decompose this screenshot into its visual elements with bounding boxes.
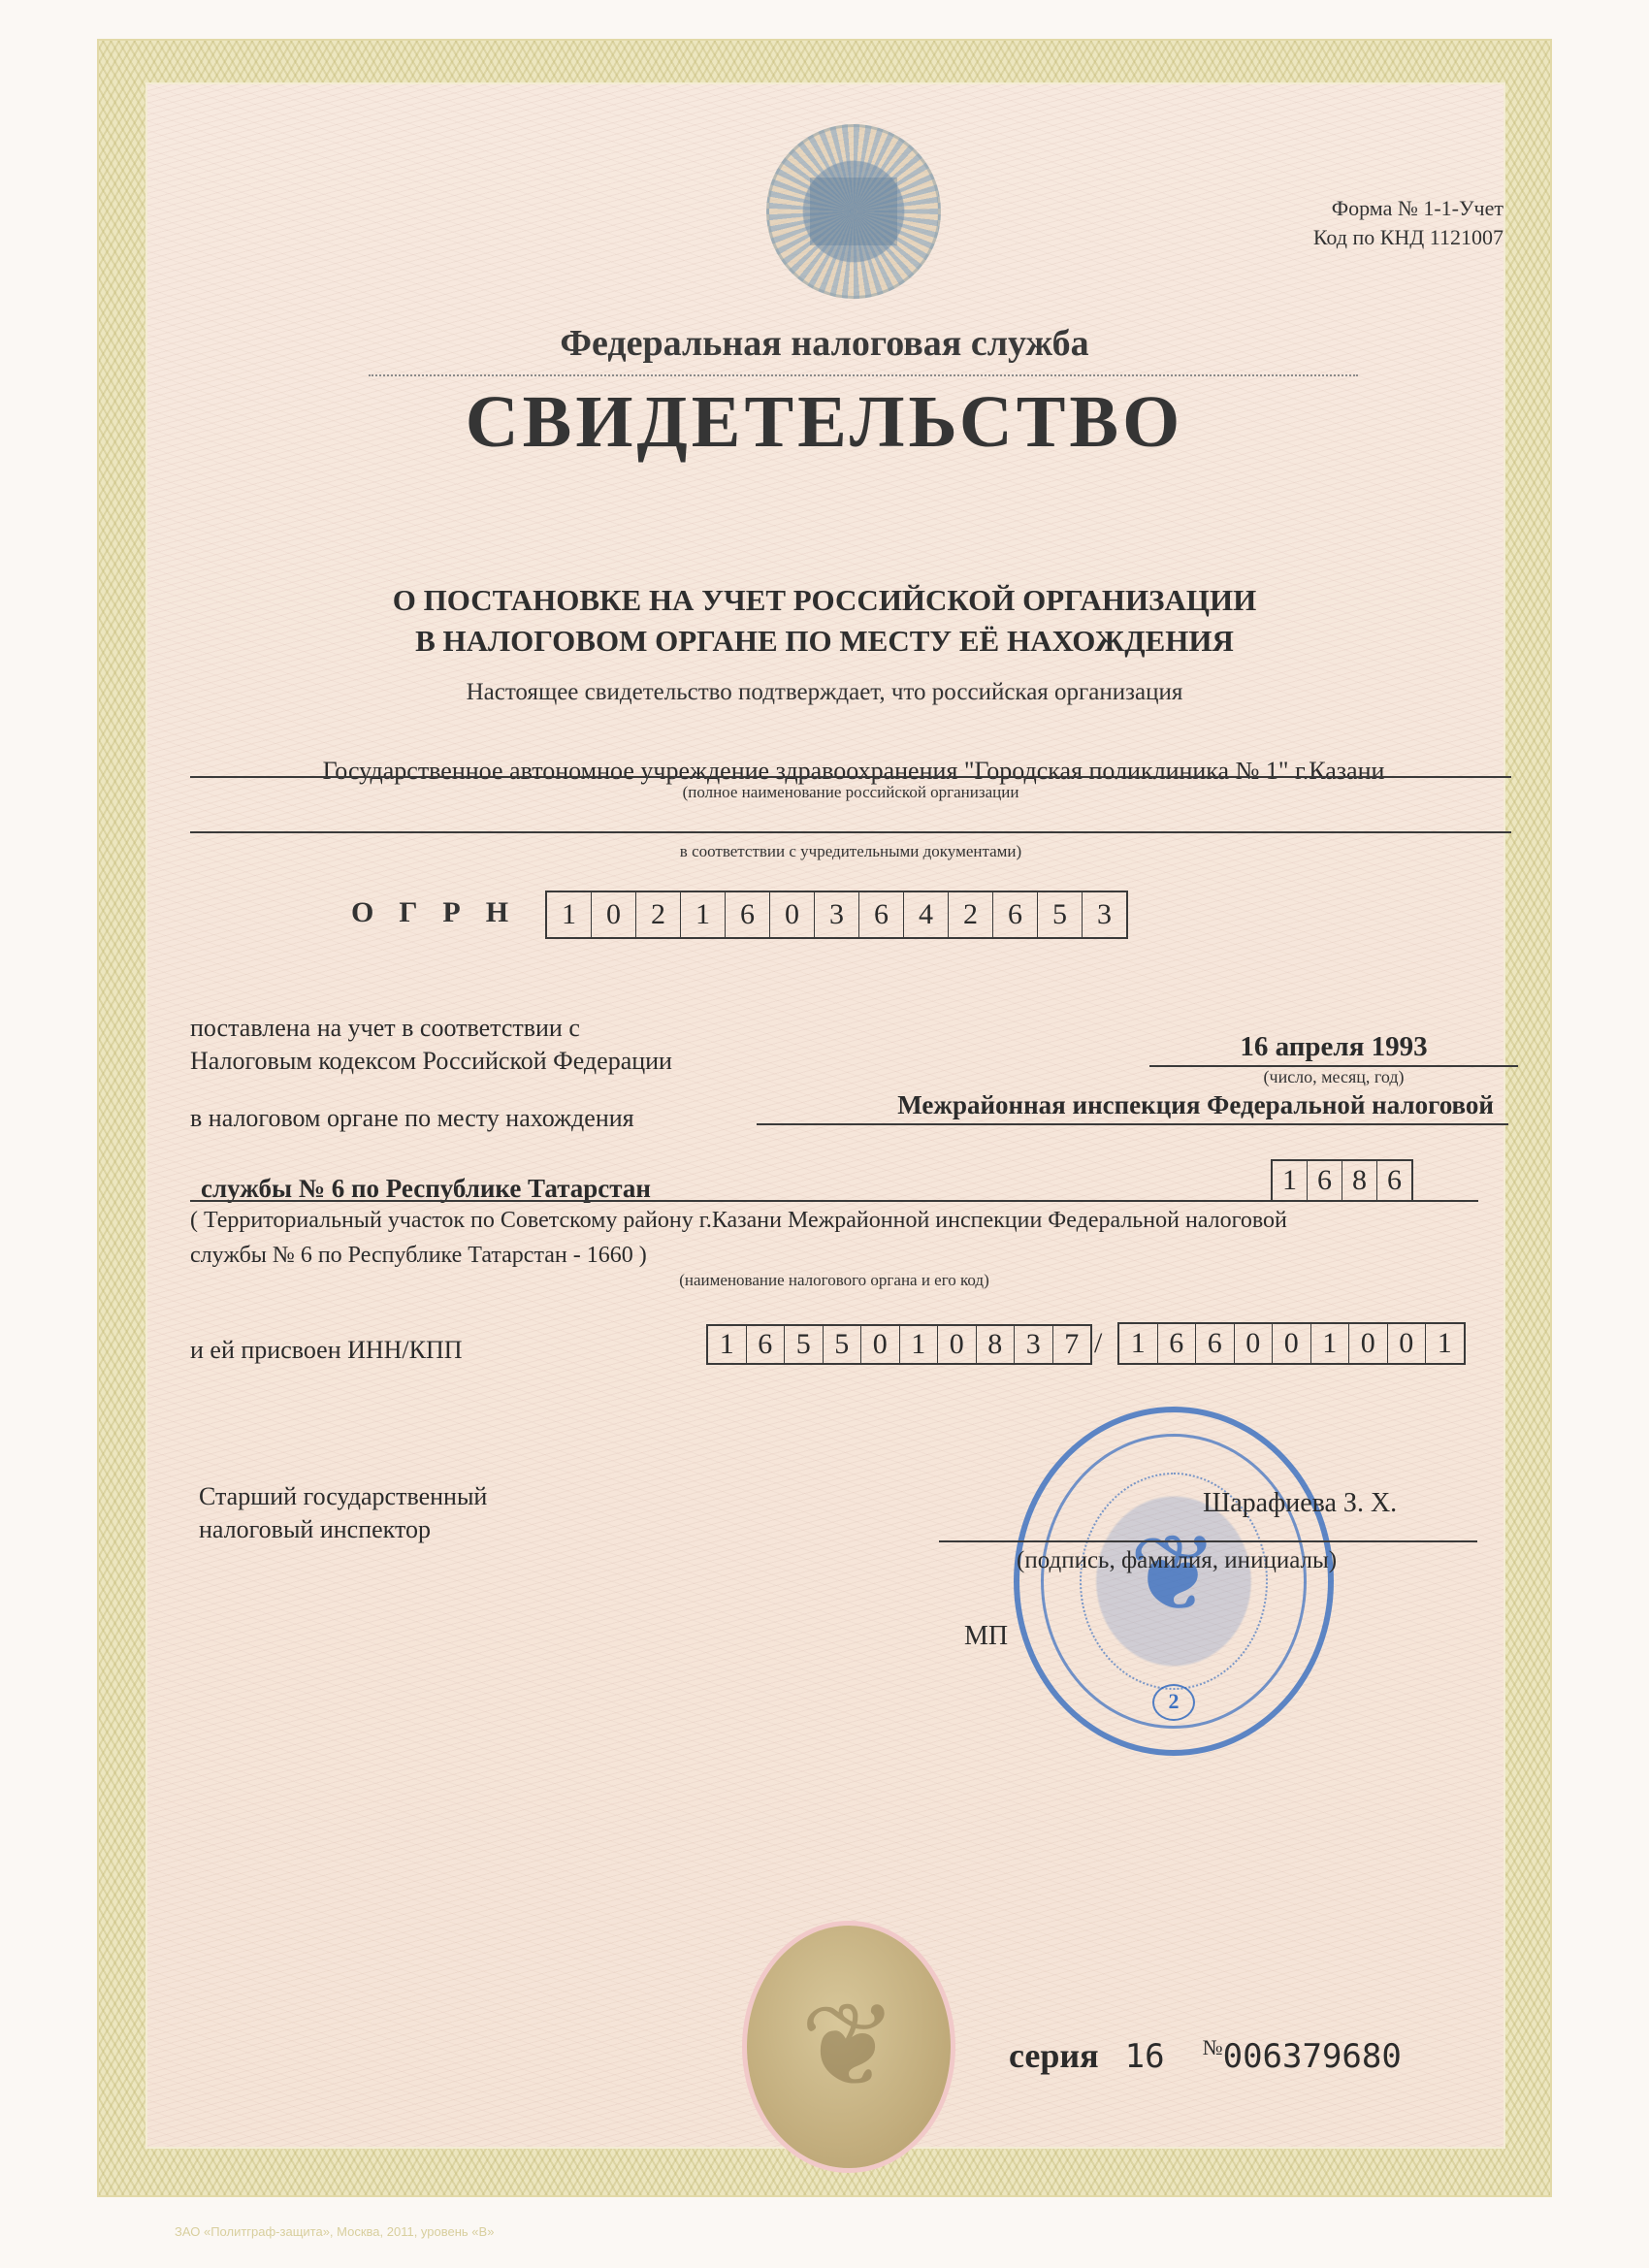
date-caption: (число, месяц, год) <box>1149 1067 1518 1087</box>
hologram-emblem-icon <box>766 124 941 299</box>
signature-rule <box>939 1540 1477 1542</box>
org-name-rule <box>190 776 1511 778</box>
kpp-digit: 6 <box>1158 1324 1197 1363</box>
ogrn-digit: 6 <box>726 892 770 937</box>
serial-number: серия 16 №006379680 <box>1009 2035 1402 2076</box>
seal-place-label: МП <box>964 1620 1008 1653</box>
territorial-unit: ( Территориальный участок по Советскому … <box>190 1203 1287 1273</box>
org-name-rule-2 <box>190 831 1511 833</box>
ogrn-digit: 5 <box>1038 892 1083 937</box>
subtitle-line-1: О ПОСТАНОВКЕ НА УЧЕТ РОССИЙСКОЙ ОРГАНИЗА… <box>0 580 1649 621</box>
subtitle-line-2: В НАЛОГОВОМ ОРГАНЕ ПО МЕСТУ ЕЁ НАХОЖДЕНИ… <box>0 621 1649 662</box>
inn-digit: 5 <box>785 1326 824 1363</box>
kpp-digit: 6 <box>1196 1324 1235 1363</box>
ogrn-digit: 0 <box>592 892 636 937</box>
inn-digit: 5 <box>824 1326 862 1363</box>
agency-name: Федеральная налоговая служба <box>0 322 1649 365</box>
serial-value: 006379680 <box>1223 2037 1402 2076</box>
ogrn-digit: 3 <box>815 892 859 937</box>
series-label: серия <box>1009 2036 1099 2075</box>
kpp-digit: 0 <box>1388 1324 1427 1363</box>
kpp-digit: 0 <box>1349 1324 1388 1363</box>
kpp-digit: 0 <box>1273 1324 1311 1363</box>
document-subtitle: О ПОСТАНОВКЕ НА УЧЕТ РОССИЙСКОЙ ОРГАНИЗА… <box>0 580 1649 662</box>
authority-label: в налоговом органе по месту нахождения <box>190 1102 634 1135</box>
knd-code: Код по КНД 1121007 <box>1313 223 1503 252</box>
inn-digit: 0 <box>938 1326 977 1363</box>
confirmation-text: Настоящее свидетельство подтверждает, чт… <box>0 679 1649 706</box>
number-sign: № <box>1203 2035 1223 2059</box>
authority-code-digit: 8 <box>1342 1161 1377 1200</box>
inn-digit-boxes: 1655010837 <box>706 1324 1092 1365</box>
registration-text-line-2: Налоговым кодексом Российской Федерации <box>190 1045 672 1078</box>
ogrn-digit: 3 <box>1083 892 1126 937</box>
registration-text: поставлена на учет в соответствии с Нало… <box>190 1012 672 1078</box>
inn-digit: 3 <box>1015 1326 1053 1363</box>
printer-imprint: ЗАО «Политграф-защита», Москва, 2011, ур… <box>175 2224 494 2239</box>
inn-digit: 6 <box>747 1326 786 1363</box>
authority-code-digit: 6 <box>1377 1161 1411 1200</box>
kpp-digit: 1 <box>1311 1324 1350 1363</box>
inn-kpp-separator: / <box>1094 1327 1102 1360</box>
territorial-line-1: ( Территориальный участок по Советскому … <box>190 1203 1287 1238</box>
position-line-2: налоговый инспектор <box>199 1513 487 1546</box>
authority-rule-1 <box>757 1123 1508 1125</box>
ogrn-digit: 6 <box>993 892 1038 937</box>
org-name-caption-1: (полное наименование российской организа… <box>190 783 1511 802</box>
ogrn-digit: 4 <box>904 892 949 937</box>
kpp-digit: 0 <box>1235 1324 1274 1363</box>
ogrn-digit: 1 <box>681 892 726 937</box>
territorial-line-2: службы № 6 по Республике Татарстан - 166… <box>190 1238 1287 1273</box>
org-name-caption-2: в соответствии с учредительными документ… <box>190 842 1511 861</box>
ogrn-digit: 1 <box>547 892 592 937</box>
ogrn-digit: 2 <box>949 892 993 937</box>
inn-digit: 1 <box>708 1326 747 1363</box>
inn-digit: 8 <box>977 1326 1016 1363</box>
series-value: 16 <box>1125 2037 1165 2076</box>
ogrn-digit: 0 <box>770 892 815 937</box>
inn-digit: 0 <box>861 1326 900 1363</box>
authority-name-line-1: Межрайонная инспекция Федеральной налого… <box>766 1090 1503 1120</box>
form-code-block: Форма № 1-1-Учет Код по КНД 1121007 <box>1313 194 1503 252</box>
authority-code-digit: 6 <box>1308 1161 1342 1200</box>
embossed-seal: ❦ <box>747 1926 951 2168</box>
ogrn-digit: 6 <box>859 892 904 937</box>
registration-text-line-1: поставлена на учет в соответствии с <box>190 1012 672 1045</box>
form-number: Форма № 1-1-Учет <box>1313 194 1503 223</box>
kpp-digit: 1 <box>1119 1324 1158 1363</box>
kpp-digit-boxes: 166001001 <box>1117 1322 1466 1365</box>
registration-date: 16 апреля 1993 <box>1149 1031 1518 1063</box>
inn-digit: 1 <box>900 1326 939 1363</box>
organization-name: Государственное автономное учреждение зд… <box>194 757 1513 786</box>
official-stamp: ❦ 2 <box>1014 1407 1334 1756</box>
position-line-1: Старший государственный <box>199 1480 487 1513</box>
authority-caption: (наименование налогового органа и его ко… <box>190 1271 1478 1290</box>
document-title: СВИДЕТЕЛЬСТВО <box>0 380 1649 465</box>
ogrn-label: ОГРН <box>351 896 533 929</box>
stamp-number: 2 <box>1152 1684 1195 1721</box>
ogrn-digit-boxes: 1021603642653 <box>545 891 1128 939</box>
coat-of-arms-icon <box>810 178 897 245</box>
ogrn-digit: 2 <box>636 892 681 937</box>
authority-code-boxes: 1686 <box>1271 1159 1413 1202</box>
inspector-name: Шарафиева З. Х. <box>1203 1487 1397 1520</box>
inn-digit: 7 <box>1053 1326 1091 1363</box>
title-divider <box>369 374 1358 376</box>
signature-caption: (подпись, фамилия, инициалы) <box>1017 1544 1337 1577</box>
inspector-position: Старший государственный налоговый инспек… <box>199 1480 487 1546</box>
inn-kpp-label: и ей присвоен ИНН/КПП <box>190 1334 463 1367</box>
kpp-digit: 1 <box>1426 1324 1464 1363</box>
authority-rule-2 <box>190 1200 1478 1202</box>
authority-code-digit: 1 <box>1273 1161 1308 1200</box>
emblem-icon: ❦ <box>800 1989 898 2105</box>
